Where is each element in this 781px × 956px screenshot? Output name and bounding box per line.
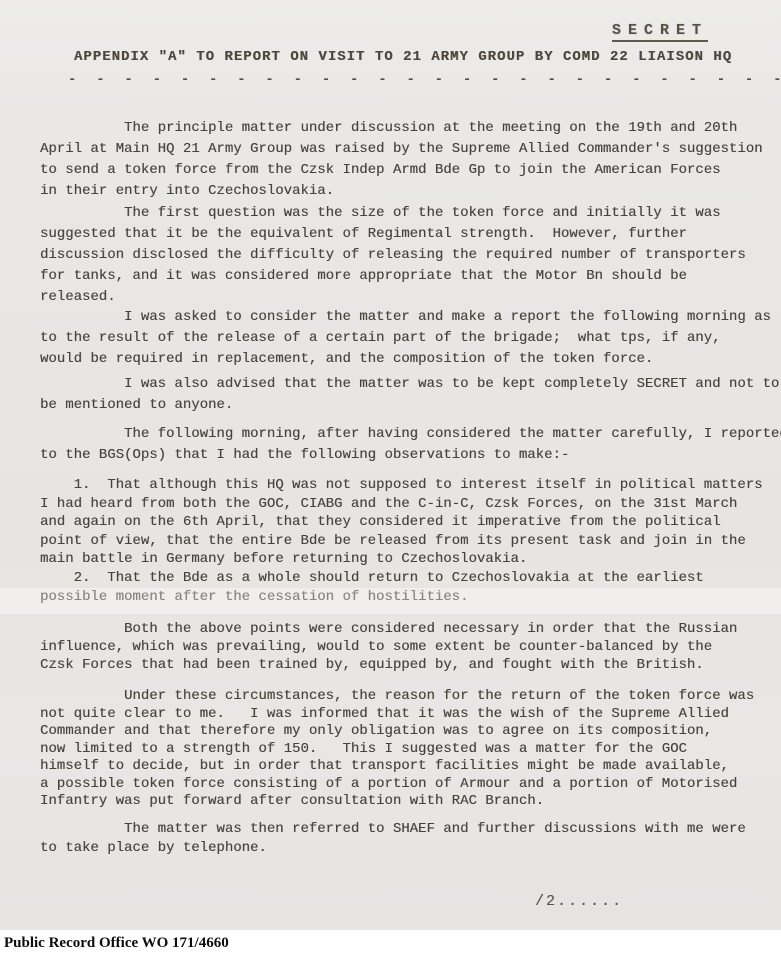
paragraph-line: suggested that it be the equivalent of R… bbox=[40, 224, 781, 245]
paragraph: The matter was then referred to SHAEF an… bbox=[40, 820, 781, 858]
paragraph: 2. That the Bde as a whole should return… bbox=[40, 569, 781, 607]
paragraph-line: to send a token force from the Czsk Inde… bbox=[40, 160, 781, 181]
paragraph: Both the above points were considered ne… bbox=[40, 620, 781, 674]
paragraph-line: Infantry was put forward after consultat… bbox=[40, 793, 781, 811]
paragraph-line: and again on the 6th April, that they co… bbox=[40, 513, 781, 532]
paragraph-line: The principle matter under discussion at… bbox=[40, 118, 781, 139]
paragraph-line: I was asked to consider the matter and m… bbox=[40, 307, 781, 328]
document-body: The principle matter under discussion at… bbox=[0, 0, 781, 930]
page-continuation-mark: /2...... bbox=[535, 893, 623, 910]
paragraph-line: a possible token force consisting of a p… bbox=[40, 776, 781, 794]
paragraph-line: to the BGS(Ops) that I had the following… bbox=[40, 445, 781, 466]
paragraph-line: influence, which was prevailing, would t… bbox=[40, 638, 781, 656]
paragraph-line: Under these circumstances, the reason fo… bbox=[40, 688, 781, 706]
paragraph-line: discussion disclosed the difficulty of r… bbox=[40, 245, 781, 266]
archive-footer-bar: Public Record Office WO 171/4660 bbox=[0, 930, 781, 956]
paragraph: Under these circumstances, the reason fo… bbox=[40, 688, 781, 811]
paragraph-line: 1. That although this HQ was not suppose… bbox=[40, 476, 781, 495]
paragraph-line: released. bbox=[40, 287, 781, 308]
paragraph-line: Both the above points were considered ne… bbox=[40, 620, 781, 638]
paragraph-line: be mentioned to anyone. bbox=[40, 395, 781, 416]
paragraph-line: The following morning, after having cons… bbox=[40, 424, 781, 445]
paragraph-line: in their entry into Czechoslovakia. bbox=[40, 181, 781, 202]
paragraph-line: for tanks, and it was considered more ap… bbox=[40, 266, 781, 287]
paragraph-line: 2. That the Bde as a whole should return… bbox=[40, 569, 781, 588]
paragraph-line: himself to decide, but in order that tra… bbox=[40, 758, 781, 776]
paragraph-line: April at Main HQ 21 Army Group was raise… bbox=[40, 139, 781, 160]
paragraph: The following morning, after having cons… bbox=[40, 424, 781, 466]
paragraph-line: I had heard from both the GOC, CIABG and… bbox=[40, 495, 781, 514]
paragraph-line: The matter was then referred to SHAEF an… bbox=[40, 820, 781, 839]
paragraph-line: The first question was the size of the t… bbox=[40, 203, 781, 224]
paragraph: The principle matter under discussion at… bbox=[40, 118, 781, 202]
document-page: SECRET APPENDIX "A" TO REPORT ON VISIT T… bbox=[0, 0, 781, 956]
paragraph-line: main battle in Germany before returning … bbox=[40, 550, 781, 569]
archive-reference-label: Public Record Office WO 171/4660 bbox=[4, 935, 229, 952]
paragraph-line: I was also advised that the matter was t… bbox=[40, 374, 781, 395]
paragraph-line: not quite clear to me. I was informed th… bbox=[40, 706, 781, 724]
paragraph: I was asked to consider the matter and m… bbox=[40, 307, 781, 370]
paragraph-line: point of view, that the entire Bde be re… bbox=[40, 532, 781, 551]
paragraph-line: Czsk Forces that had been trained by, eq… bbox=[40, 656, 781, 674]
paragraph-line: possible moment after the cessation of h… bbox=[40, 588, 781, 607]
paragraph-line: now limited to a strength of 150. This I… bbox=[40, 741, 781, 759]
paragraph: I was also advised that the matter was t… bbox=[40, 374, 781, 416]
paragraph-line: Commander and that therefore my only obl… bbox=[40, 723, 781, 741]
paragraph-line: to take place by telephone. bbox=[40, 839, 781, 858]
paragraph-line: would be required in replacement, and th… bbox=[40, 349, 781, 370]
paragraph: 1. That although this HQ was not suppose… bbox=[40, 476, 781, 569]
paragraph-line: to the result of the release of a certai… bbox=[40, 328, 781, 349]
paragraph: The first question was the size of the t… bbox=[40, 203, 781, 308]
